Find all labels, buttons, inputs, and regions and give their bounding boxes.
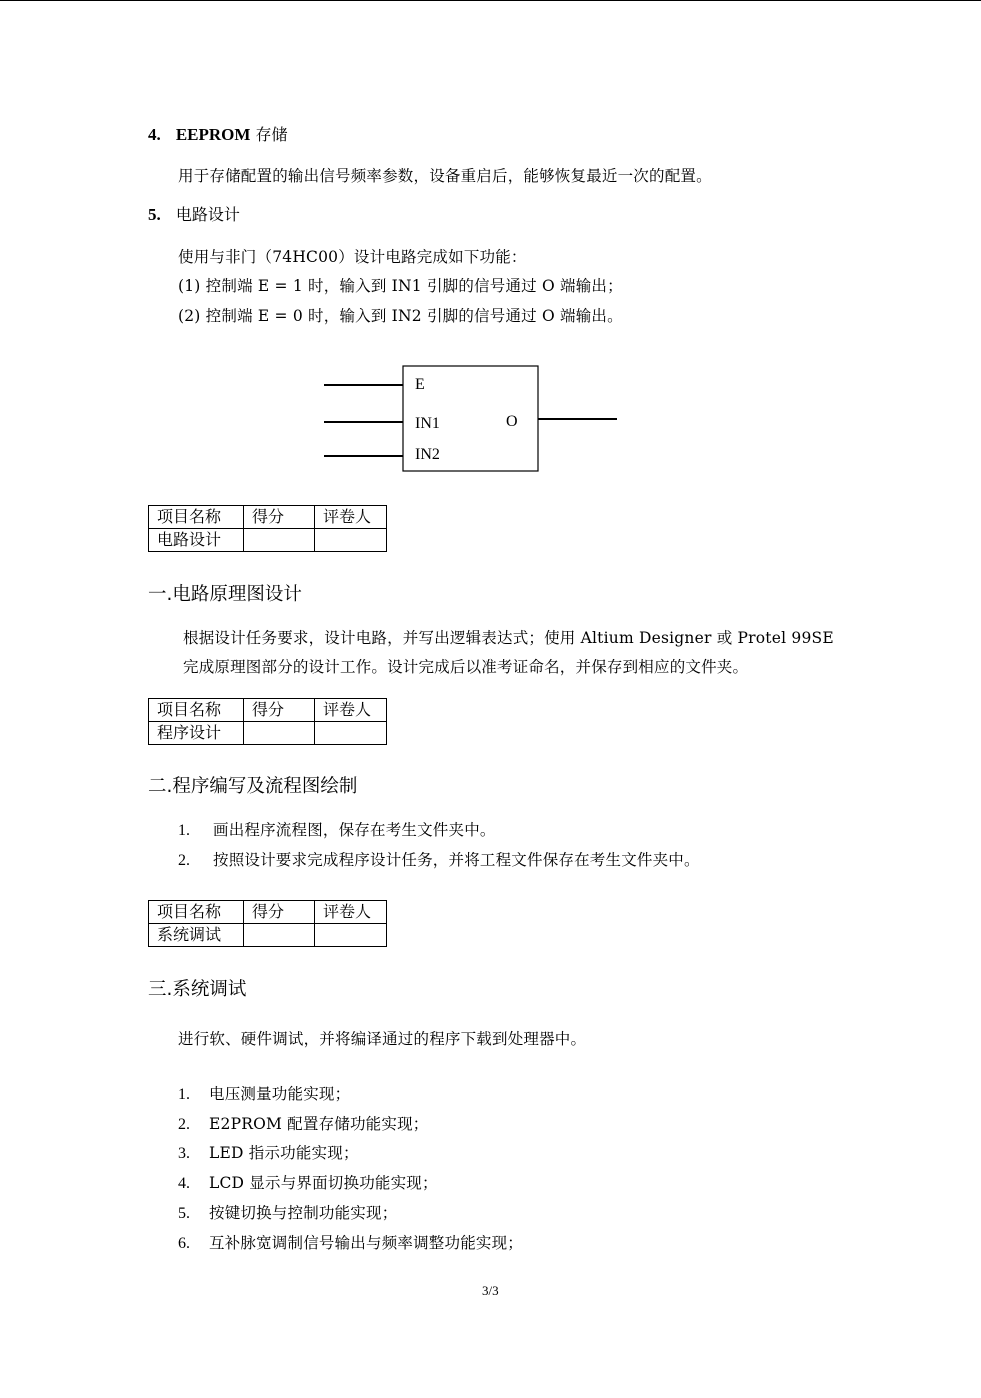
part-2-item-1: 1.画出程序流程图，保存在考生文件夹中。	[178, 818, 496, 840]
part-2-item-2: 2.按照设计要求完成程序设计任务，并将工程文件保存在考生文件夹中。	[178, 848, 700, 870]
table-cell-item-name: 系统调试	[149, 924, 244, 947]
table-cell-grader[interactable]	[315, 722, 387, 745]
list-number: 2.	[178, 1116, 209, 1134]
list-number: 2.	[178, 852, 213, 870]
section-5-intro: 使用与非门（74HC00）设计电路完成如下功能：	[178, 245, 527, 267]
table-cell-score[interactable]	[244, 529, 315, 552]
part-3-item-2: 2.E2PROM 配置存储功能实现；	[178, 1112, 428, 1134]
part-2-title: 二.程序编写及流程图绘制	[148, 772, 357, 798]
part-1-line-2: 完成原理图部分的设计工作。设计完成后以准考证命名，并保存到相应的文件夹。	[183, 655, 748, 677]
table-header-score: 得分	[244, 901, 315, 924]
part-3-intro: 进行软、硬件调试，并将编译通过的程序下载到处理器中。	[178, 1027, 586, 1049]
section-5-heading: 5. 电路设计	[148, 202, 240, 225]
section-4-title-cn: 存储	[256, 125, 288, 144]
list-number: 5.	[178, 1205, 209, 1223]
pin-label-in1: IN1	[415, 415, 440, 433]
table-header-item: 项目名称	[149, 699, 244, 722]
part-1-title: 一.电路原理图设计	[148, 580, 302, 606]
score-table-debug: 项目名称 得分 评卷人 系统调试	[148, 900, 387, 947]
section-5-item-1: (1) 控制端 E = 1 时，输入到 IN1 引脚的信号通过 O 端输出；	[178, 274, 623, 296]
list-number: 1.	[178, 822, 213, 840]
table-header-score: 得分	[244, 699, 315, 722]
list-number: 1.	[178, 1086, 209, 1104]
part-3-title: 三.系统调试	[148, 975, 246, 1001]
list-number: 3.	[178, 1145, 209, 1163]
list-text: E2PROM 配置存储功能实现；	[209, 1115, 428, 1133]
table-header-grader: 评卷人	[315, 699, 387, 722]
section-4-title-latin: EEPROM	[176, 125, 251, 144]
list-number: 6.	[178, 1235, 209, 1253]
list-number: 4.	[178, 1175, 209, 1193]
table-header-grader: 评卷人	[315, 506, 387, 529]
table-header-grader: 评卷人	[315, 901, 387, 924]
page-top-border	[0, 0, 981, 1]
pin-label-o: O	[506, 413, 518, 431]
list-text: 画出程序流程图，保存在考生文件夹中。	[213, 821, 496, 839]
page-number: 3/3	[482, 1283, 499, 1299]
section-4-body: 用于存储配置的输出信号频率参数，设备重启后，能够恢复最近一次的配置。	[178, 164, 712, 186]
list-text: LED 指示功能实现；	[209, 1144, 359, 1162]
part-3-item-1: 1.电压测量功能实现；	[178, 1082, 350, 1104]
pin-label-in2: IN2	[415, 446, 440, 464]
score-table-circuit: 项目名称 得分 评卷人 电路设计	[148, 505, 387, 552]
table-cell-score[interactable]	[244, 722, 315, 745]
table-header-item: 项目名称	[149, 901, 244, 924]
table-cell-score[interactable]	[244, 924, 315, 947]
table-header-score: 得分	[244, 506, 315, 529]
part-3-item-3: 3.LED 指示功能实现；	[178, 1141, 359, 1163]
table-cell-item-name: 程序设计	[149, 722, 244, 745]
section-5-title: 电路设计	[176, 205, 240, 224]
section-4-heading: 4. EEPROM 存储	[148, 122, 288, 145]
table-cell-grader[interactable]	[315, 924, 387, 947]
part-1-line-1: 根据设计任务要求，设计电路，并写出逻辑表达式；使用 Altium Designe…	[183, 626, 834, 648]
section-5-number: 5.	[148, 205, 161, 224]
table-header-item: 项目名称	[149, 506, 244, 529]
table-cell-grader[interactable]	[315, 529, 387, 552]
list-text: 互补脉宽调制信号输出与频率调整功能实现；	[209, 1234, 523, 1252]
section-4-number: 4.	[148, 125, 161, 144]
part-3-item-5: 5.按键切换与控制功能实现；	[178, 1201, 397, 1223]
part-3-item-4: 4.LCD 显示与界面切换功能实现；	[178, 1171, 438, 1193]
list-text: LCD 显示与界面切换功能实现；	[209, 1174, 438, 1192]
section-5-item-2: (2) 控制端 E = 0 时，输入到 IN2 引脚的信号通过 O 端输出。	[178, 304, 623, 326]
score-table-program: 项目名称 得分 评卷人 程序设计	[148, 698, 387, 745]
list-text: 按键切换与控制功能实现；	[209, 1204, 397, 1222]
pin-label-e: E	[415, 376, 425, 394]
part-3-item-6: 6.互补脉宽调制信号输出与频率调整功能实现；	[178, 1231, 523, 1253]
list-text: 电压测量功能实现；	[209, 1085, 350, 1103]
circuit-block-diagram	[300, 355, 640, 485]
table-cell-item-name: 电路设计	[149, 529, 244, 552]
list-text: 按照设计要求完成程序设计任务，并将工程文件保存在考生文件夹中。	[213, 851, 700, 869]
